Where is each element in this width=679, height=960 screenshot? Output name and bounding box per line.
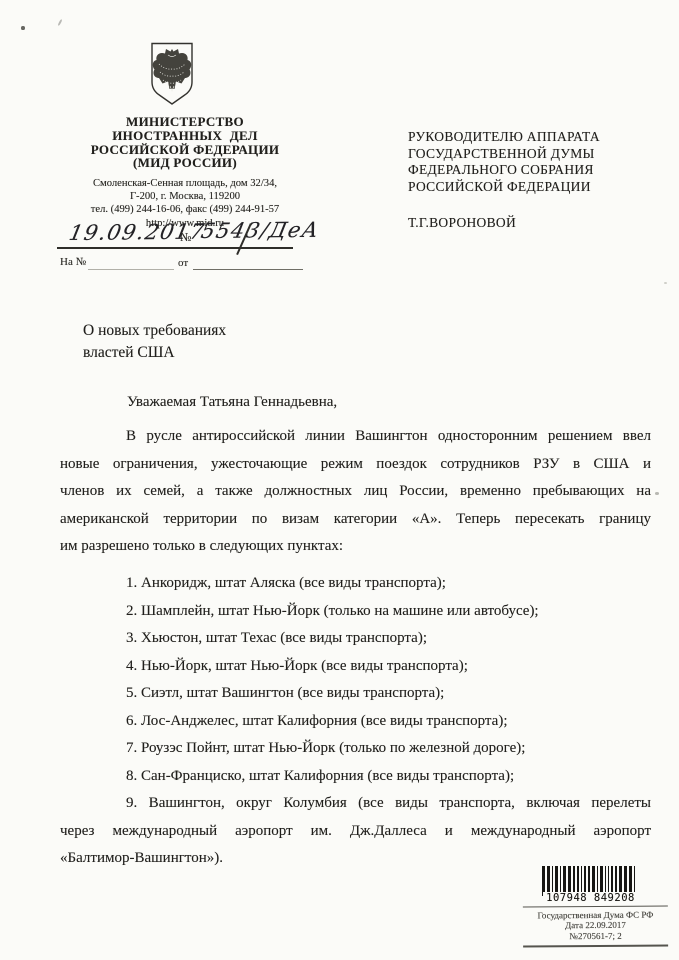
list-item: 8. Сан-Франциско, штат Калифорния (все в…	[60, 763, 651, 791]
scan-speck	[664, 282, 667, 284]
paragraph-line: новые ограничения, ужесточающие режим по…	[60, 451, 651, 479]
ministry-name-line: РОССИЙСКОЙ ФЕДЕРАЦИИ	[40, 143, 330, 157]
address-line: Смоленская-Сенная площадь, дом 32/34,	[40, 177, 330, 190]
list-item: 5. Сиэтл, штат Вашингтон (все виды транс…	[60, 680, 651, 708]
stamp-line: №270561-7; 2	[523, 931, 668, 943]
body-paragraph: В русле антироссийской линии Вашингтон о…	[60, 423, 651, 561]
list-item: 2. Шамплейн, штат Нью-Йорк (только на ма…	[60, 598, 651, 626]
list-item: 4. Нью-Йорк, штат Нью-Йорк (все виды тра…	[60, 653, 651, 681]
list-item: 9. Вашингтон, округ Колумбия (все виды т…	[60, 790, 651, 818]
list-item-continuation: через международный аэропорт им. Дж.Далл…	[60, 818, 651, 846]
stamp-line: Государственная Дума ФС РФ	[523, 909, 668, 921]
duma-registration-stamp: Государственная Дума ФС РФ Дата 22.09.20…	[523, 905, 668, 947]
recipient-line: РУКОВОДИТЕЛЮ АППАРАТА	[408, 129, 648, 146]
handwritten-number: 5543/ДеА	[199, 218, 322, 243]
recipient-line: ГОСУДАРСТВЕННОЙ ДУМЫ	[408, 146, 648, 163]
russia-coat-of-arms-icon	[147, 42, 197, 108]
scanned-letter-page: МИНИСТЕРСТВО ИНОСТРАННЫХ ДЕЛ РОССИЙСКОЙ …	[0, 0, 679, 960]
subject-line: властей США	[83, 342, 226, 364]
scan-speck	[21, 26, 25, 30]
list-item: 7. Роузэс Пойнт, штат Нью-Йорк (только п…	[60, 735, 651, 763]
address-line: тел. (499) 244-16-06, факс (499) 244-91-…	[40, 203, 330, 216]
recipient-line: ФЕДЕРАЛЬНОГО СОБРАНИЯ	[408, 162, 648, 179]
barcode-number: 107948 849208	[540, 892, 641, 904]
reply-to-number-label: На №	[60, 256, 86, 268]
recipient-name: Т.Г.ВОРОНОВОЙ	[408, 215, 648, 232]
ministry-name-block: МИНИСТЕРСТВО ИНОСТРАННЫХ ДЕЛ РОССИЙСКОЙ …	[40, 115, 330, 170]
paragraph-line: им разрешено только в следующих пунктах:	[60, 533, 651, 561]
crossing-points-list: 1. Анкоридж, штат Аляска (все виды транс…	[60, 570, 651, 873]
scan-speck	[57, 19, 62, 26]
barcode-number-text: 107948 849208	[543, 892, 638, 904]
reply-from-date-label: от	[178, 257, 188, 269]
address-line: Г-200, г. Москва, 119200	[40, 190, 330, 203]
subject-line: О новых требованиях	[83, 320, 226, 342]
reference-underline	[57, 247, 293, 249]
subject-block: О новых требованиях властей США	[83, 320, 226, 363]
reply-number-blank-line	[88, 269, 174, 270]
ministry-name-line: ИНОСТРАННЫХ ДЕЛ	[40, 129, 330, 143]
paragraph-line: В русле антироссийской линии Вашингтон о…	[60, 423, 651, 451]
ministry-name-line: МИНИСТЕРСТВО	[40, 115, 330, 129]
list-item: 6. Лос-Анджелес, штат Калифорния (все ви…	[60, 708, 651, 736]
list-item: 3. Хьюстон, штат Техас (все виды транспо…	[60, 625, 651, 653]
salutation: Уважаемая Татьяна Геннадьевна,	[127, 394, 337, 411]
paragraph-line: американской территории по визам категор…	[60, 506, 651, 534]
recipient-line: РОССИЙСКОЙ ФЕДЕРАЦИИ	[408, 179, 648, 196]
recipient-block: РУКОВОДИТЕЛЮ АППАРАТА ГОСУДАРСТВЕННОЙ ДУ…	[408, 129, 648, 232]
ministry-name-line: (МИД РОССИИ)	[40, 156, 330, 170]
list-item: 1. Анкоридж, штат Аляска (все виды транс…	[60, 570, 651, 598]
number-sign: №	[180, 230, 191, 245]
scan-speck	[655, 492, 659, 495]
reply-date-blank-line	[193, 269, 303, 270]
paragraph-line: членов их семей, а также должностных лиц…	[60, 478, 651, 506]
